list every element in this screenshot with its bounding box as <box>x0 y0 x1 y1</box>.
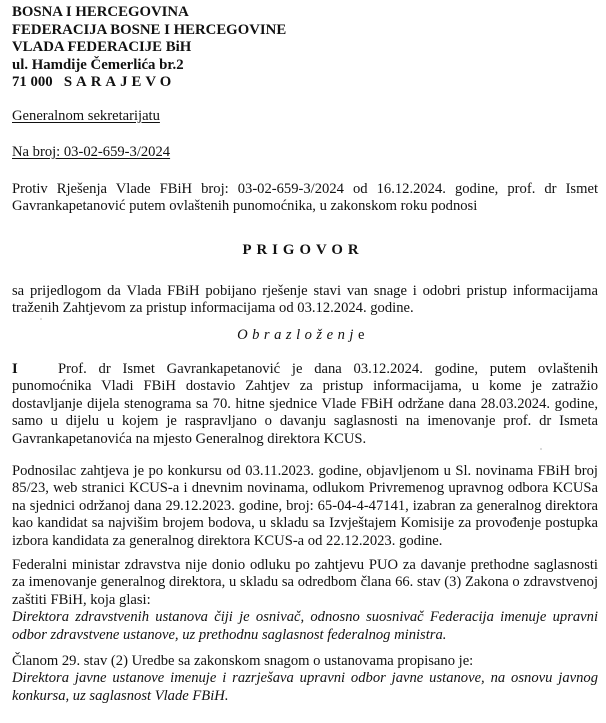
intro-paragraph: Protiv Rješenja Vlade FBiH broj: 03-02-6… <box>12 181 598 216</box>
header-line-street: ul. Hamdije Čemerlića br.2 <box>12 57 598 75</box>
section-heading-main: Obrazloženj <box>237 327 358 343</box>
header-line-city: 71 000 SARAJEVO <box>12 74 598 92</box>
city-name: SARAJEVO <box>64 74 175 90</box>
addressee-text: Generalnom sekretarijatu <box>12 108 160 124</box>
reference-number: Na broj: 03-02-659-3/2024 <box>12 143 598 161</box>
scan-speck <box>540 448 542 450</box>
paragraph-number: I <box>12 361 58 378</box>
paragraph-4-quote: Direktora javne ustanove imenuje i razrj… <box>12 670 598 705</box>
postal-code: 71 000 <box>12 74 53 90</box>
paragraph-4: Članom 29. stav (2) Uredbe sa zakonskom … <box>12 653 598 705</box>
sender-address-block: BOSNA I HERCEGOVINA FEDERACIJA BOSNE I H… <box>12 4 598 92</box>
section-heading-reasoning: Obrazloženje <box>0 327 606 344</box>
header-line-federation: FEDERACIJA BOSNE I HERCEGOVINE <box>12 22 598 40</box>
addressee: Generalnom sekretarijatu <box>12 107 598 125</box>
scan-speck <box>40 318 42 320</box>
header-line-country: BOSNA I HERCEGOVINA <box>12 4 598 22</box>
paragraph-2: Podnosilac zahtjeva je po konkursu od 03… <box>12 463 598 550</box>
paragraph-3-text: Federalni ministar zdravstva nije donio … <box>12 557 598 609</box>
section-heading-tail: e <box>358 327 369 343</box>
paragraph-4-text: Članom 29. stav (2) Uredbe sa zakonskom … <box>12 653 598 670</box>
paragraph-1: IProf. dr Ismet Gavrankapetanović je dan… <box>12 361 598 448</box>
header-line-government: VLADA FEDERACIJE BiH <box>12 39 598 57</box>
scan-speck <box>120 150 122 152</box>
proposal-paragraph: sa prijedlogom da Vlada FBiH pobijano rj… <box>12 283 598 318</box>
reference-number-text: Na broj: 03-02-659-3/2024 <box>12 144 170 160</box>
paragraph-3-quote: Direktora zdravstvenih ustanova čiji je … <box>12 609 598 644</box>
document-title: PRIGOVOR <box>0 242 606 259</box>
document-page: BOSNA I HERCEGOVINA FEDERACIJA BOSNE I H… <box>0 0 606 723</box>
paragraph-3: Federalni ministar zdravstva nije donio … <box>12 557 598 644</box>
paragraph-1-text: Prof. dr Ismet Gavrankapetanović je dana… <box>12 361 598 447</box>
